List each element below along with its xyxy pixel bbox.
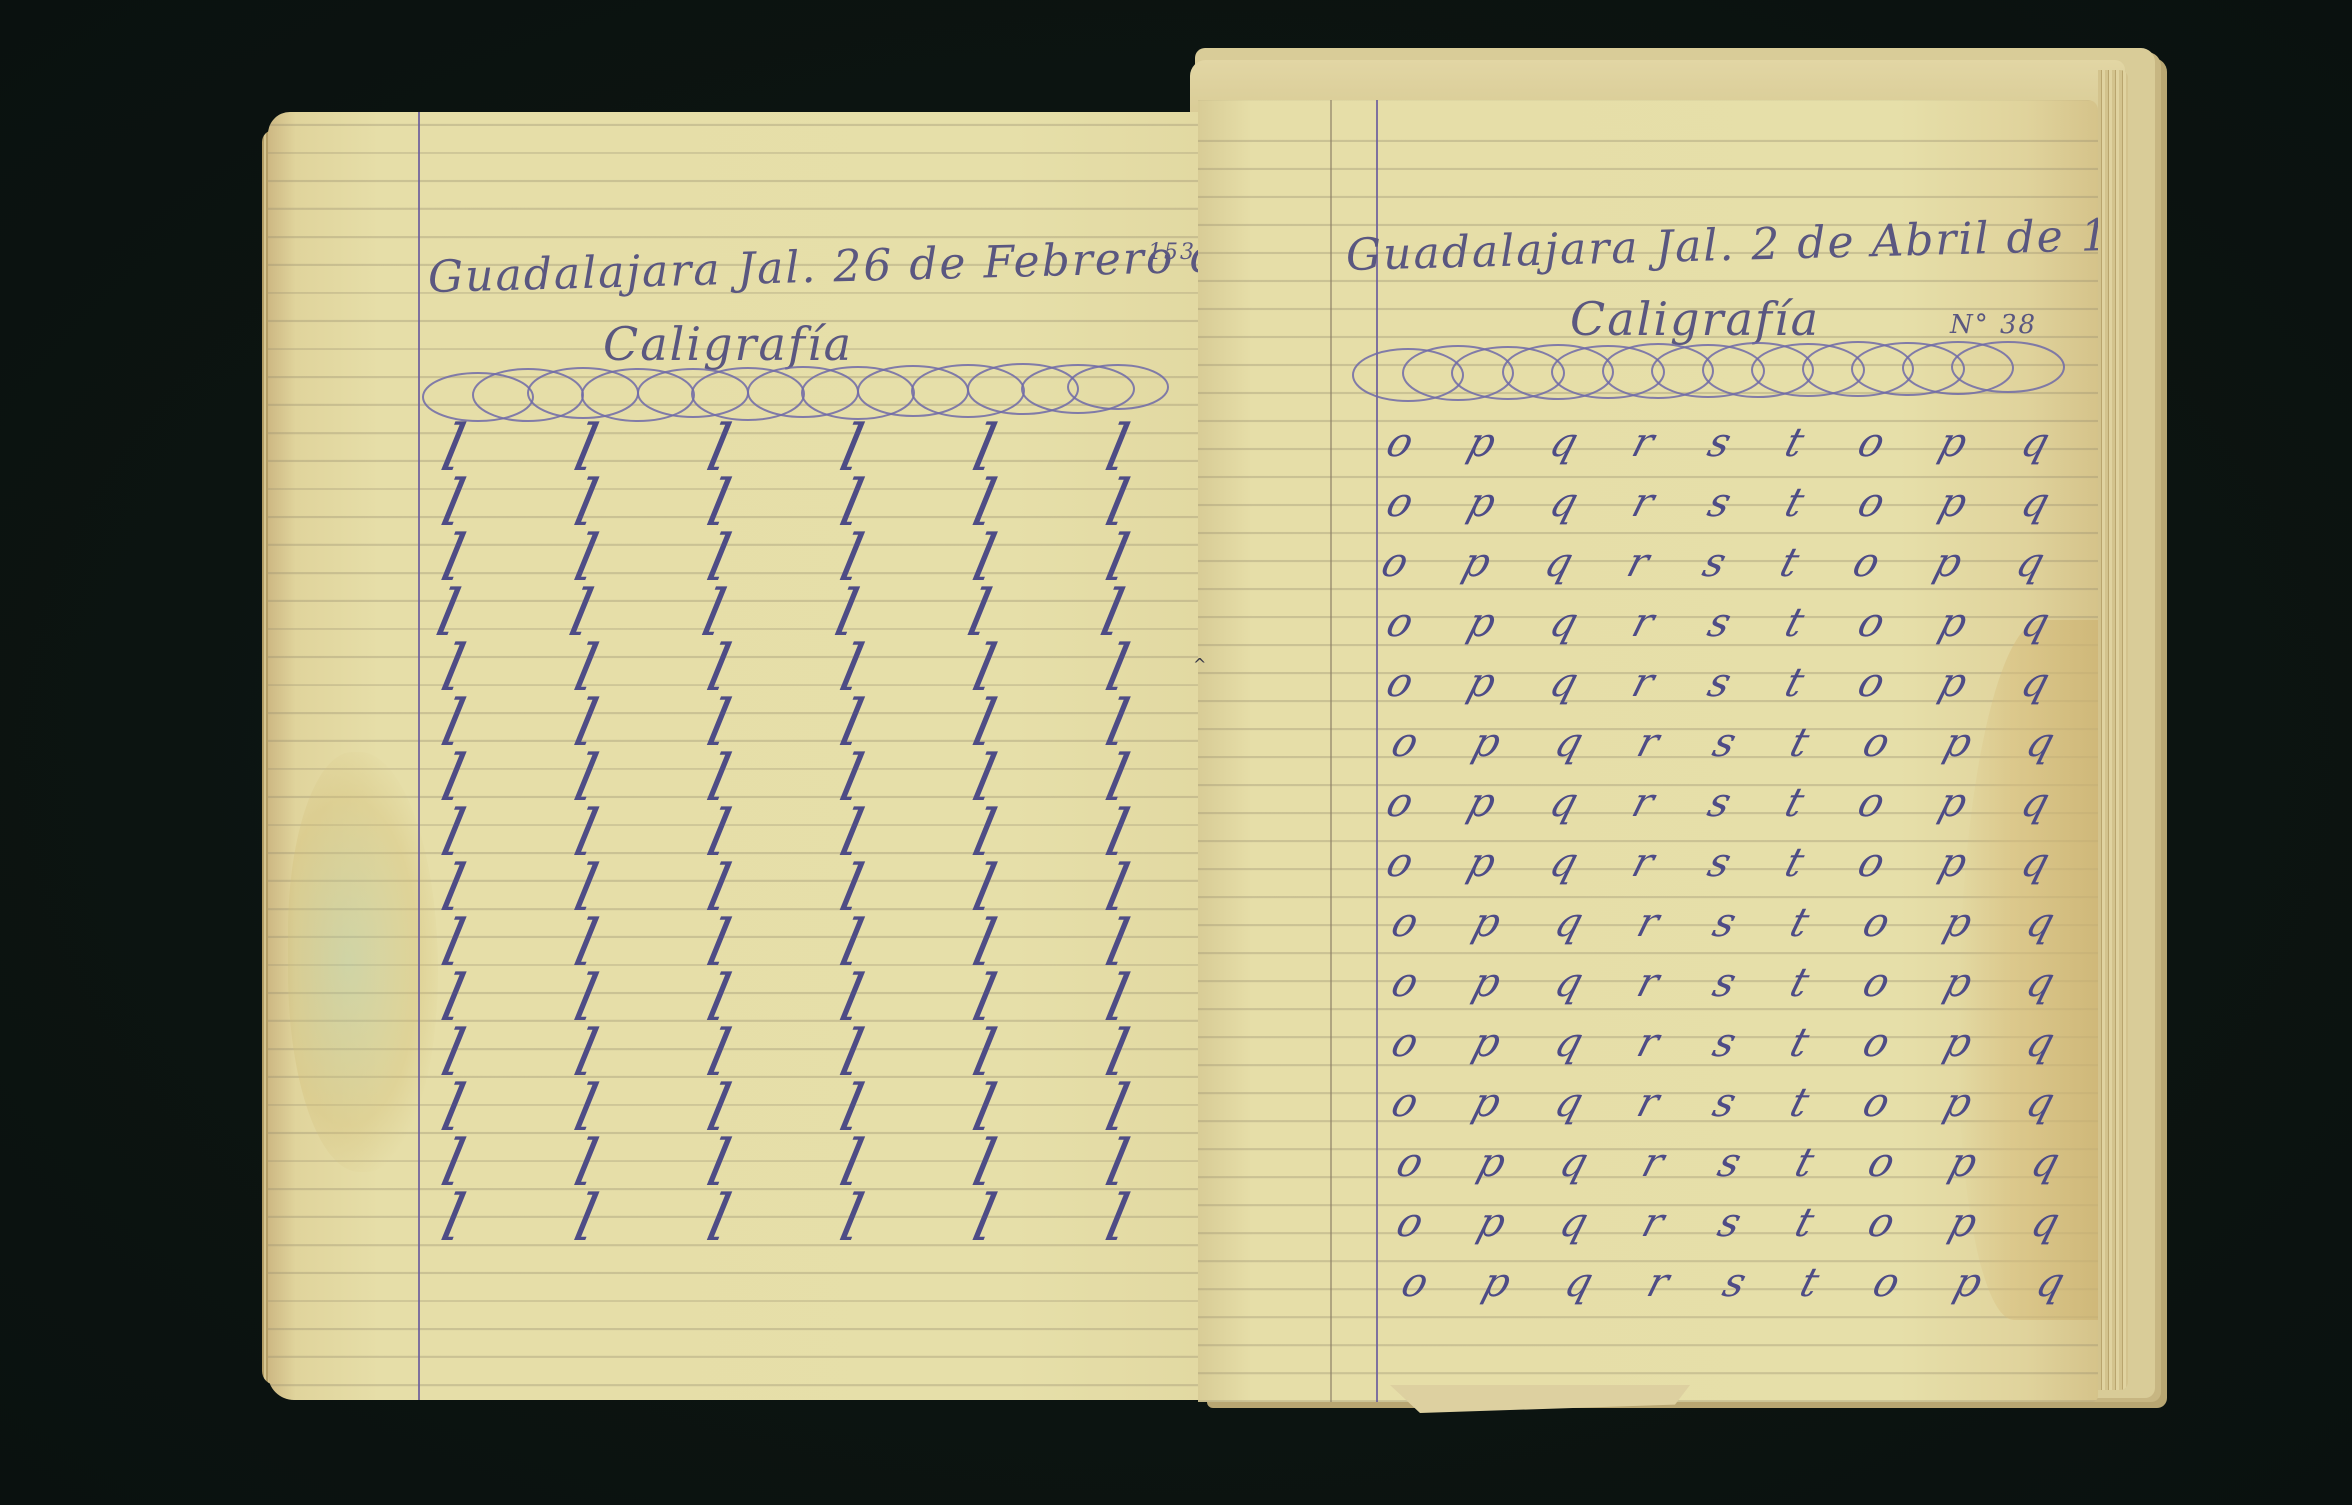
practice-row: o p q r s t o p q r s t. — [1386, 1080, 2098, 1126]
practice-row: o p q r s t o p q r s t. — [1381, 480, 2098, 526]
practice-row: o p q r s t o p q r s t. — [1386, 900, 2098, 946]
practice-row: o p q r s t o p q r s t. — [1381, 840, 2098, 886]
practice-row: l l l l l l l l — [435, 1182, 1198, 1256]
margin-line — [1376, 100, 1378, 1402]
practice-row: o p q r s t o p q r s t. — [1391, 1200, 2098, 1246]
right-page: Guadalajara Jal. 2 de Abril de 1954 Cali… — [1198, 100, 2098, 1402]
practice-row: o p q r s t o p q r s t. — [1396, 1260, 2098, 1306]
practice-row: o p q r s t o p q r s t. — [1381, 660, 2098, 706]
practice-row: o p q r s t o p q r s t. — [1381, 600, 2098, 646]
torn-page-flap — [1390, 1385, 1690, 1413]
gutter-mark: ^ — [1193, 655, 1206, 674]
margin-line — [418, 112, 420, 1400]
practice-row: o p q r s t o p q r s t. — [1376, 540, 2098, 586]
practice-row: o p q r s t o p q r s t. — [1381, 780, 2098, 826]
practice-row: o p q r s t o p q r s t. — [1381, 420, 2098, 466]
scan-background: 153 Guadalajara Jal. 26 de Febrero de 19… — [0, 0, 2352, 1505]
practice-row: o p q r s t o p q r s t. — [1386, 720, 2098, 766]
practice-row: o p q r s t o p q r s t. — [1386, 1020, 2098, 1066]
gutter-fold-line — [1330, 100, 1332, 1402]
left-page: 153 Guadalajara Jal. 26 de Febrero de 19… — [268, 112, 1198, 1400]
practice-row: o p q r s t o p q r s t. — [1391, 1140, 2098, 1186]
practice-row: o p q r s t o p q r s t. — [1386, 960, 2098, 1006]
oval-flourish-scribble — [1348, 325, 2088, 415]
right-page-edges — [2098, 70, 2128, 1390]
